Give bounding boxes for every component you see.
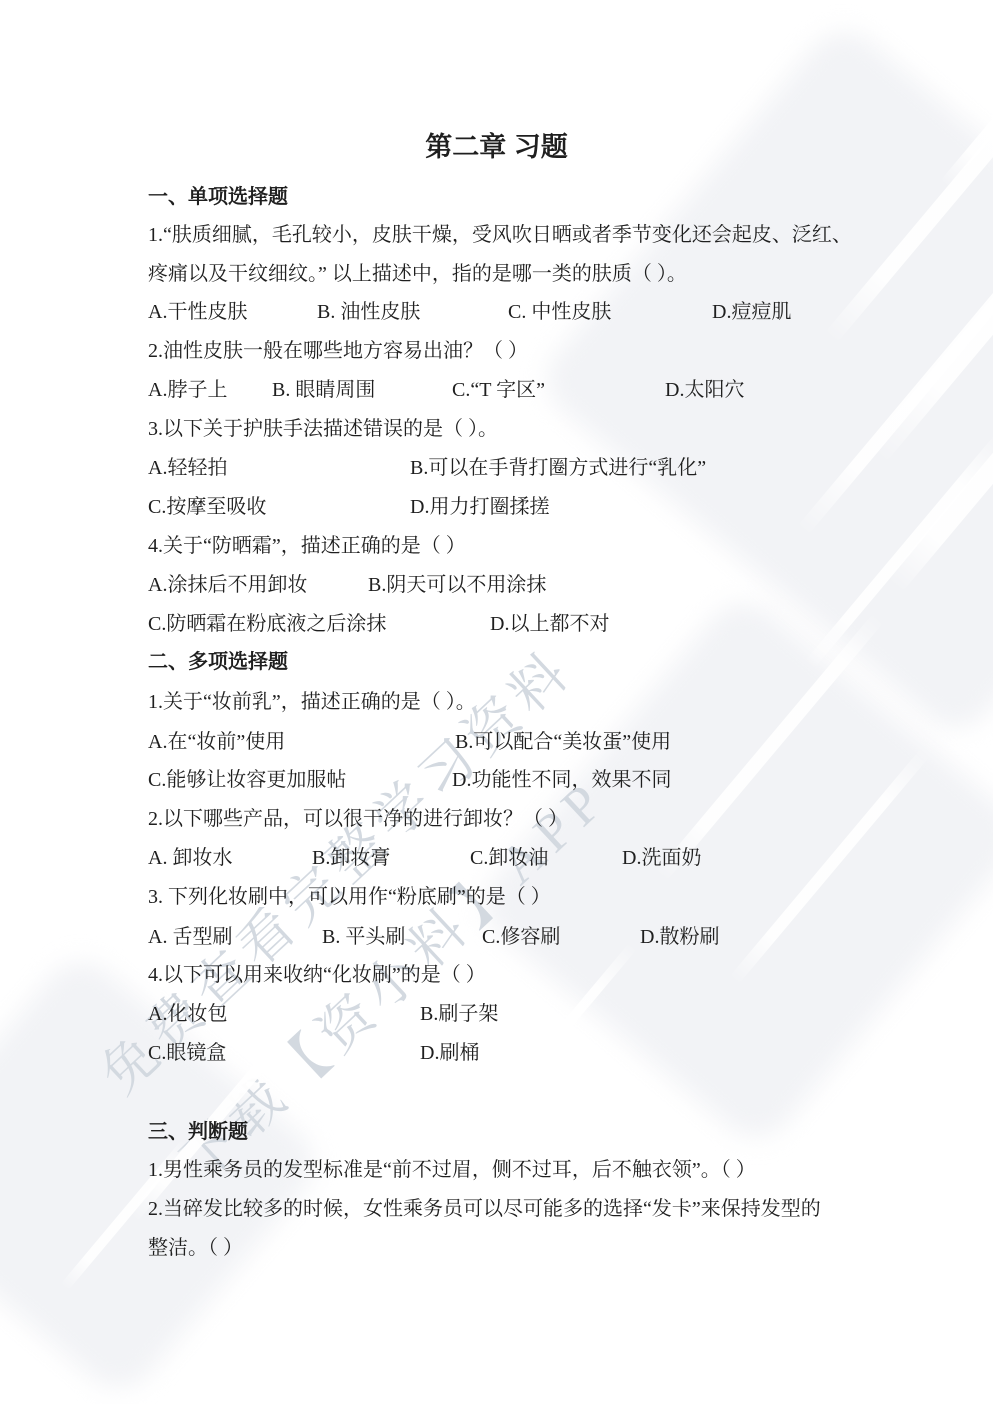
- question-text: 2.油性皮肤一般在哪些地方容易出油？（ ）: [148, 337, 528, 365]
- option: C.按摩至吸收: [148, 493, 266, 521]
- question-line: 4.关于“防晒霜”，描述正确的是（ ）: [0, 532, 993, 560]
- option: A.化妆包: [148, 1000, 227, 1028]
- option: A.干性皮肤: [148, 298, 247, 326]
- options-row: A.在“妆前”使用 B.可以配合“美妆蛋”使用: [0, 728, 993, 756]
- question-line: 1.男性乘务员的发型标准是“前不过眉，侧不过耳，后不触衣领”。（ ）: [0, 1156, 993, 1184]
- option: B. 平头刷: [322, 923, 405, 951]
- option: B.阴天可以不用涂抹: [368, 571, 546, 599]
- options-row: C.能够让妆容更加服帖 D.功能性不同，效果不同: [0, 766, 993, 794]
- option: B.刷子架: [420, 1000, 498, 1028]
- option: A. 舌型刷: [148, 923, 232, 951]
- question-text: 整洁。（ ）: [148, 1234, 243, 1262]
- question-text: 疼痛以及干纹细纹。” 以上描述中，指的是哪一类的肤质（ ）。: [148, 260, 687, 288]
- option: B.可以在手背打圈方式进行“乳化”: [410, 454, 706, 482]
- option: C.眼镜盒: [148, 1039, 226, 1067]
- option: C.修容刷: [482, 923, 560, 951]
- option: C.卸妆油: [470, 844, 548, 872]
- question-line: 1.关于“妆前乳”，描述正确的是（ ）。: [0, 688, 993, 716]
- option: A.轻轻拍: [148, 454, 227, 482]
- question-text: 4.以下可以用来收纳“化妆刷”的是（ ）: [148, 961, 486, 989]
- option: A. 卸妆水: [148, 844, 232, 872]
- section-heading: 二、多项选择题: [148, 648, 288, 676]
- options-row: C.眼镜盒 D.刷桶: [0, 1039, 993, 1067]
- question-line: 2.当碎发比较多的时候，女性乘务员可以尽可能多的选择“发卡”来保持发型的: [0, 1195, 993, 1223]
- question-line: 疼痛以及干纹细纹。” 以上描述中，指的是哪一类的肤质（ ）。: [0, 260, 993, 288]
- option: B.可以配合“美妆蛋”使用: [455, 728, 671, 756]
- option: D.以上都不对: [490, 610, 609, 638]
- option: C. 中性皮肤: [508, 298, 611, 326]
- question-text: 1.男性乘务员的发型标准是“前不过眉，侧不过耳，后不触衣领”。（ ）: [148, 1156, 756, 1184]
- options-row: C.按摩至吸收 D.用力打圈揉搓: [0, 493, 993, 521]
- option: D.太阳穴: [665, 376, 744, 404]
- question-text: 1.关于“妆前乳”，描述正确的是（ ）。: [148, 688, 476, 716]
- question-line: 3. 下列化妆刷中，可以用作“粉底刷”的是（ ）: [0, 883, 993, 911]
- question-text: 1.“肤质细腻，毛孔较小，皮肤干燥，受风吹日晒或者季节变化还会起皮、泛红、: [148, 221, 852, 249]
- options-row: A.干性皮肤 B. 油性皮肤 C. 中性皮肤 D.痘痘肌: [0, 298, 993, 326]
- option: B. 油性皮肤: [317, 298, 420, 326]
- question-line: 4.以下可以用来收纳“化妆刷”的是（ ）: [0, 961, 993, 989]
- question-line: 整洁。（ ）: [0, 1234, 993, 1262]
- document-page: 免费查看完整学习资料 下载【资小料】APP 第二章 习题 一、单项选择题 1.“…: [0, 0, 993, 1404]
- option: D.洗面奶: [622, 844, 701, 872]
- section-heading: 一、单项选择题: [148, 183, 288, 211]
- option: D.刷桶: [420, 1039, 479, 1067]
- question-line: 1.“肤质细腻，毛孔较小，皮肤干燥，受风吹日晒或者季节变化还会起皮、泛红、: [0, 221, 993, 249]
- option: C.防晒霜在粉底液之后涂抹: [148, 610, 386, 638]
- option: D.痘痘肌: [712, 298, 791, 326]
- options-row: A. 舌型刷 B. 平头刷 C.修容刷 D.散粉刷: [0, 923, 993, 951]
- option: D.用力打圈揉搓: [410, 493, 549, 521]
- question-text: 3.以下关于护肤手法描述错误的是（ ）。: [148, 415, 498, 443]
- question-text: 2.以下哪些产品，可以很干净的进行卸妆？（ ）: [148, 805, 568, 833]
- options-row: C.防晒霜在粉底液之后涂抹 D.以上都不对: [0, 610, 993, 638]
- options-row: A.脖子上 B. 眼睛周围 C.“T 字区” D.太阳穴: [0, 376, 993, 404]
- option: A.在“妆前”使用: [148, 728, 285, 756]
- options-row: A.化妆包 B.刷子架: [0, 1000, 993, 1028]
- options-row: A. 卸妆水 B.卸妆膏 C.卸妆油 D.洗面奶: [0, 844, 993, 872]
- option: C.“T 字区”: [452, 376, 545, 404]
- option: D.散粉刷: [640, 923, 719, 951]
- option: D.功能性不同，效果不同: [452, 766, 671, 794]
- option: A.脖子上: [148, 376, 227, 404]
- question-text: 3. 下列化妆刷中，可以用作“粉底刷”的是（ ）: [148, 883, 551, 911]
- question-line: 2.以下哪些产品，可以很干净的进行卸妆？（ ）: [0, 805, 993, 833]
- doc-title: 第二章 习题: [0, 130, 993, 164]
- option: B. 眼睛周围: [272, 376, 375, 404]
- question-text: 2.当碎发比较多的时候，女性乘务员可以尽可能多的选择“发卡”来保持发型的: [148, 1195, 821, 1223]
- option: B.卸妆膏: [312, 844, 390, 872]
- options-row: A.涂抹后不用卸妆 B.阴天可以不用涂抹: [0, 571, 993, 599]
- question-line: 2.油性皮肤一般在哪些地方容易出油？（ ）: [0, 337, 993, 365]
- options-row: A.轻轻拍 B.可以在手背打圈方式进行“乳化”: [0, 454, 993, 482]
- question-text: 4.关于“防晒霜”，描述正确的是（ ）: [148, 532, 466, 560]
- question-line: 3.以下关于护肤手法描述错误的是（ ）。: [0, 415, 993, 443]
- option: A.涂抹后不用卸妆: [148, 571, 307, 599]
- option: C.能够让妆容更加服帖: [148, 766, 346, 794]
- section-heading: 三、判断题: [148, 1118, 248, 1146]
